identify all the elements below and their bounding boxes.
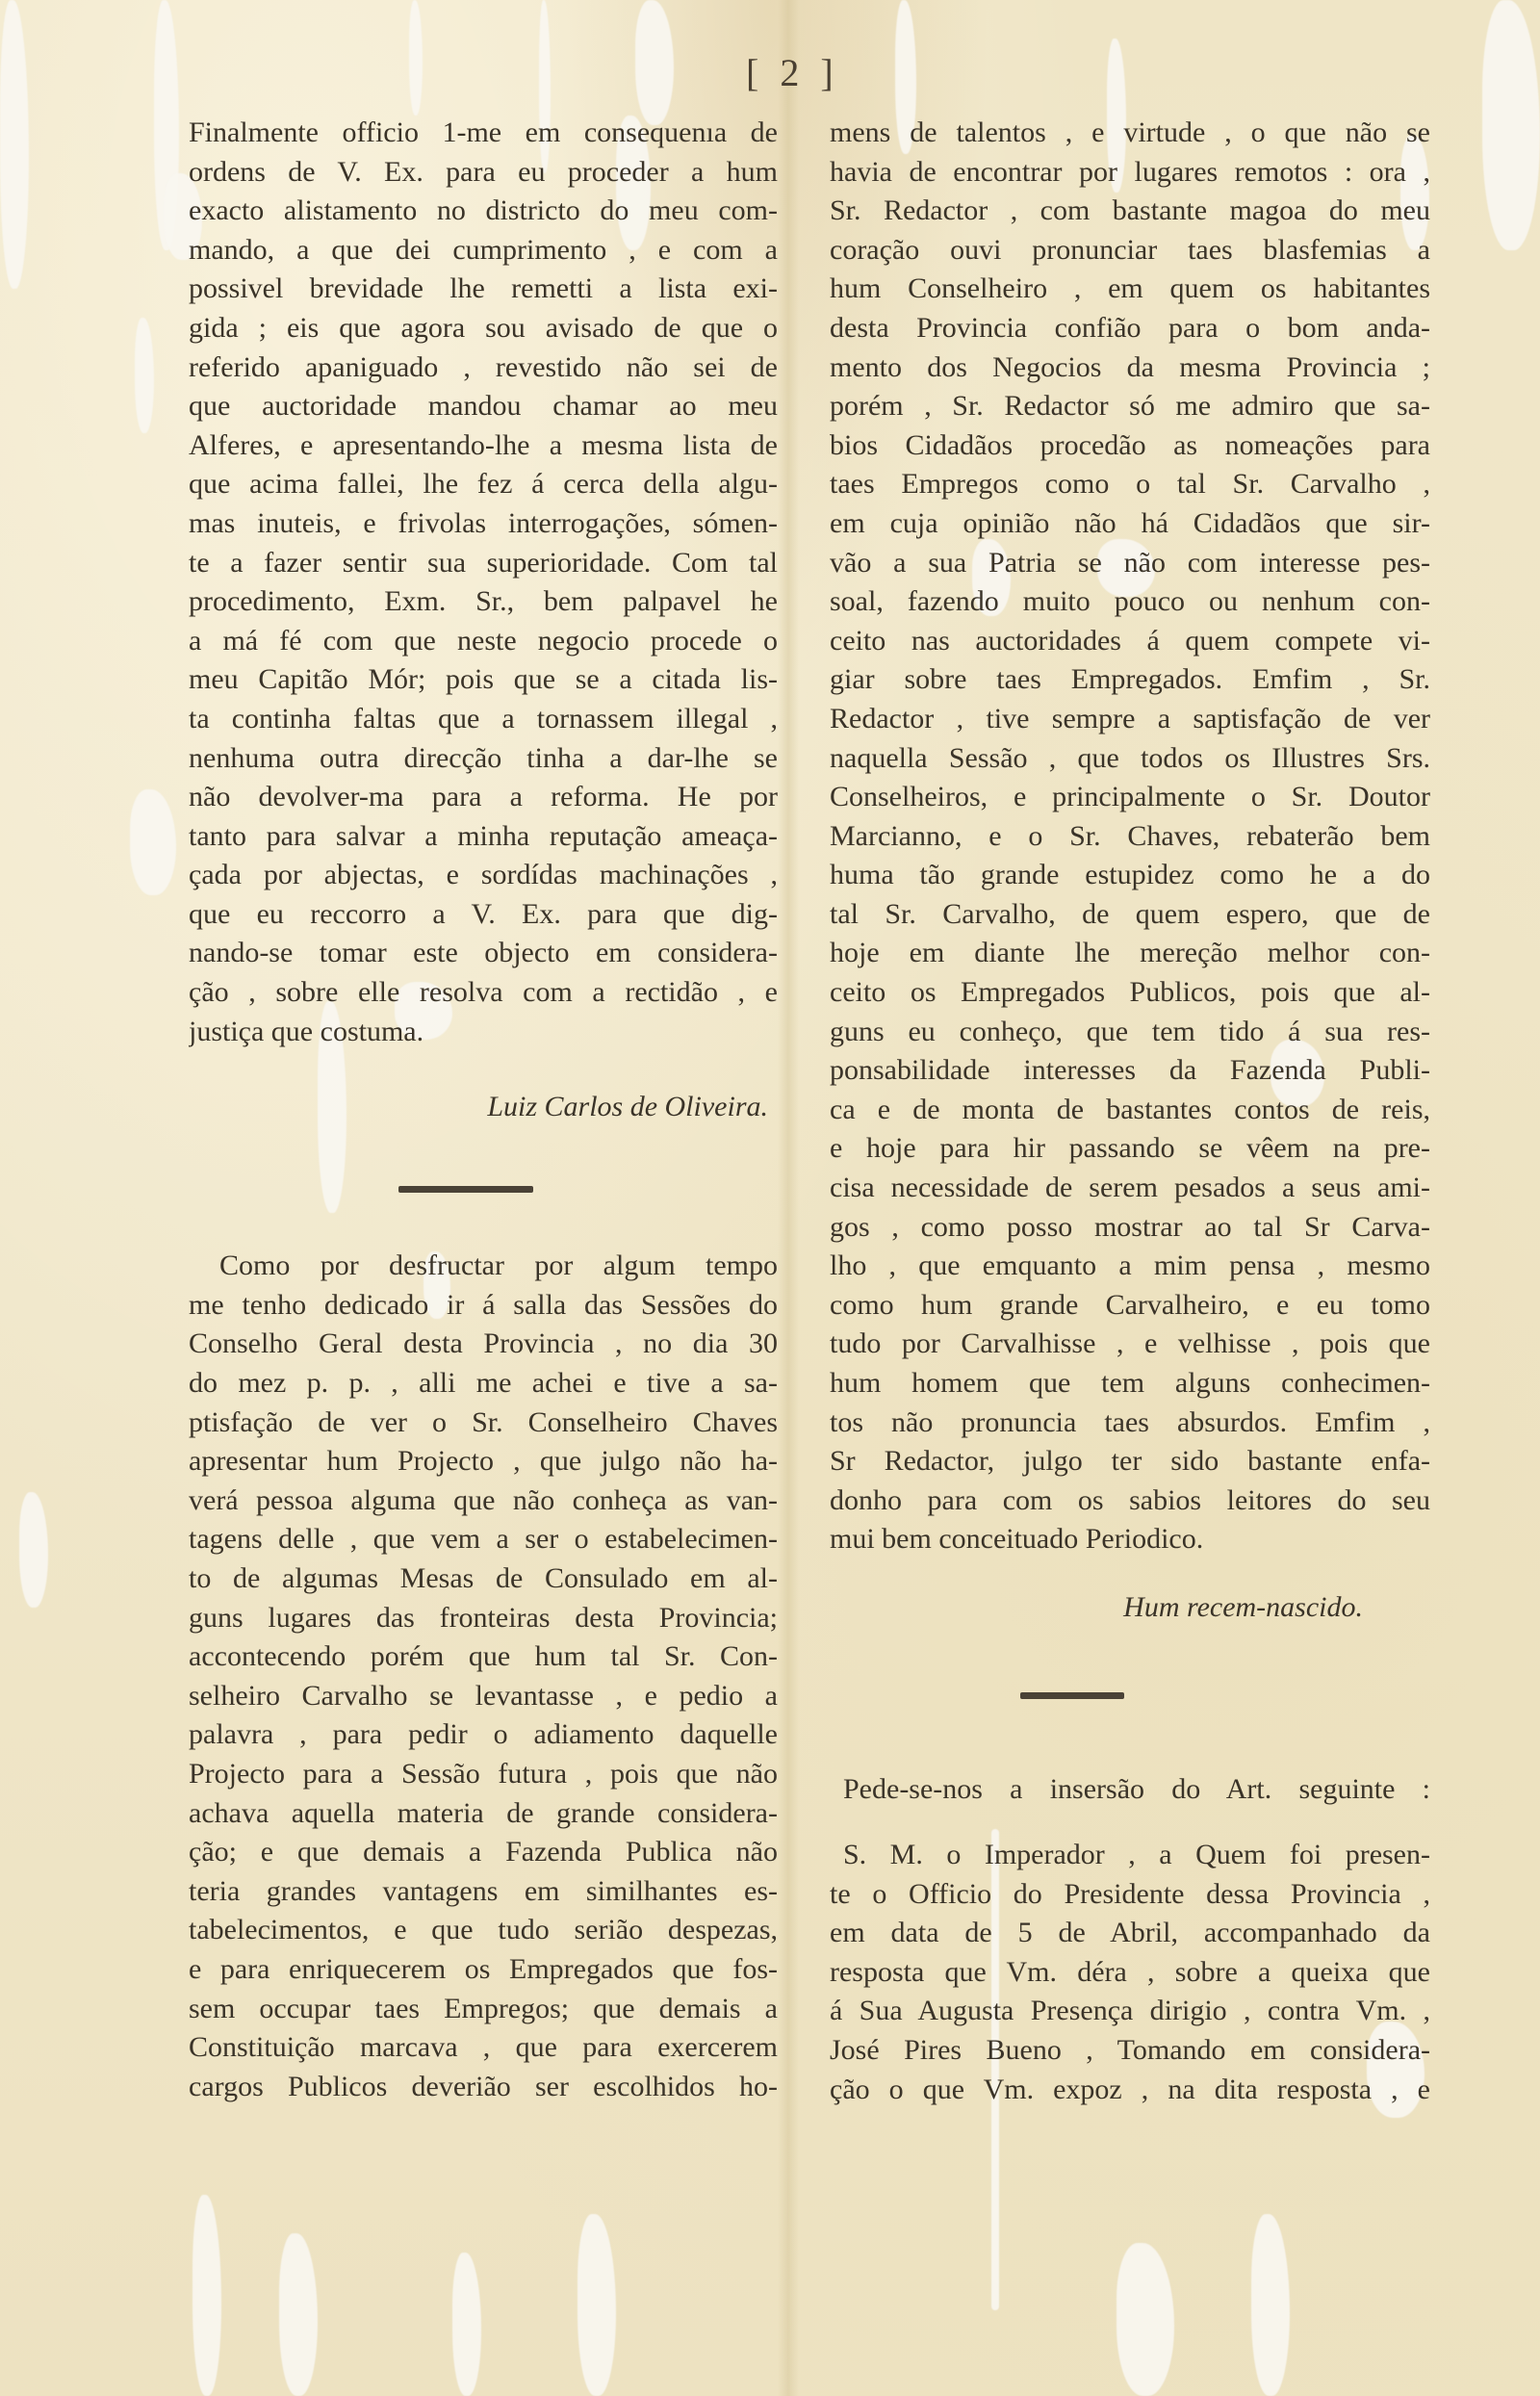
text-line: palavra , para pedir o adiamento daquell… <box>189 1715 778 1755</box>
text-line: teria grandes vantagens em similhantes e… <box>189 1872 778 1912</box>
letter-1-body: Finalmente officio 1-me em consequenıa d… <box>189 114 778 1051</box>
text-line: e para enriquecerem os Empregados que fo… <box>189 1950 778 1990</box>
page-number: [ 2 ] <box>746 50 839 95</box>
text-line: desta Provincia confião para o bom anda- <box>830 309 1430 348</box>
text-line: em cuja opinião não há Cidadãos que sir- <box>830 504 1430 544</box>
text-line: Marcianno, e o Sr. Chaves, rebaterão bem <box>830 817 1430 857</box>
text-line: hum homem que tem alguns conhecimen- <box>830 1364 1430 1404</box>
text-line: mento dos Negocios da mesma Provincia ; <box>830 348 1430 388</box>
text-line: que auctoridade mandou chamar ao meu <box>189 387 778 426</box>
text-line: guns eu conheço, que tem tido á sua res- <box>830 1013 1430 1052</box>
text-line: te a fazer sentir sua superioridade. Com… <box>189 544 778 583</box>
section-divider <box>1020 1692 1124 1699</box>
text-line: meu Capitão Mór; pois que se a citada li… <box>189 660 778 700</box>
text-line: Sr. Redactor , com bastante magoa do meu <box>830 192 1430 231</box>
text-line: Sr Redactor, julgo ter sido bastante enf… <box>830 1442 1430 1481</box>
text-line: cargos Publicos deverião ser escolhidos … <box>189 2068 778 2107</box>
notice-lead: Pede-se-nos a insersão do Art. seguinte … <box>830 1770 1430 1809</box>
text-line: a má fé com que neste negocio procede o <box>189 622 778 661</box>
text-line: tanto para salvar a minha reputação amea… <box>189 817 778 857</box>
text-line: huma tão grande estupidez como he a do <box>830 856 1430 895</box>
text-line: ordens de V. Ex. para eu proceder a hum <box>189 153 778 193</box>
text-line: Redactor , tive sempre a saptisfação de … <box>830 700 1430 739</box>
text-line: em data de 5 de Abril, accompanhado da <box>830 1914 1430 1953</box>
text-line: tabelecimentos, e que tudo serião despez… <box>189 1911 778 1950</box>
text-line: José Pires Bueno , Tomando em considera- <box>830 2031 1430 2071</box>
text-line: Alferes, e apresentando-lhe a mesma list… <box>189 426 778 466</box>
text-line: ceito nas auctoridades á quem compete vi… <box>830 622 1430 661</box>
text-line: ta continha faltas que a tornassem illeg… <box>189 700 778 739</box>
text-line: soal, fazendo muito pouco ou nenhum con- <box>830 582 1430 622</box>
text-line: te o Officio do Presidente dessa Provinc… <box>830 1875 1430 1915</box>
text-line: Conselheiros, e principalmente o Sr. Dou… <box>830 778 1430 817</box>
text-line: Constituição marcava , que para exercere… <box>189 2028 778 2068</box>
text-line: to de algumas Mesas de Consulado em al- <box>189 1559 778 1599</box>
text-line: çada por abjectas, e sordídas machinaçõe… <box>189 856 778 895</box>
text-line: gos , como posso mostrar ao tal Sr Carva… <box>830 1208 1430 1248</box>
signature-luiz-carlos: Luiz Carlos de Oliveira. <box>189 1088 778 1126</box>
text-line: guns lugares das fronteiras desta Provin… <box>189 1599 778 1638</box>
letter-2-body: Como por desfructar por algum tempo me t… <box>189 1247 778 2106</box>
text-line: selheiro Carvalho se levantasse , e pedi… <box>189 1677 778 1716</box>
text-line: verá pessoa alguma que não conheça as va… <box>189 1481 778 1521</box>
text-line: apresentar hum Projecto , que julgo não … <box>189 1442 778 1481</box>
right-column: mens de talentos , e virtude , o que não… <box>830 114 1430 2109</box>
text-line: mando, a que dei cumprimento , e com a <box>189 231 778 271</box>
text-line: como hum grande Carvalheiro, e eu tomo <box>830 1286 1430 1326</box>
text-line: do mez p. p. , alli me achei e tive a sa… <box>189 1364 778 1404</box>
text-line: que eu reccorro a V. Ex. para que dig- <box>189 895 778 935</box>
text-line: referido apaniguado , revestido não sei … <box>189 348 778 388</box>
text-line: achava aquella materia de grande conside… <box>189 1794 778 1834</box>
notice-body: S. M. o Imperador , a Quem foi presen- t… <box>830 1836 1430 2109</box>
text-line: tal Sr. Carvalho, de quem espero, que de <box>830 895 1430 935</box>
text-line: Finalmente officio 1-me em consequenıa d… <box>189 114 778 153</box>
text-line: á Sua Augusta Presença dirigio , contra … <box>830 1992 1430 2031</box>
text-line: possivel brevidade lhe remetti a lista e… <box>189 270 778 309</box>
text-line: Conselho Geral desta Provincia , no dia … <box>189 1325 778 1364</box>
text-line: ção o que Vm. expoz , na dita resposta ,… <box>830 2071 1430 2110</box>
text-line: que acima fallei, lhe fez á cerca della … <box>189 465 778 504</box>
text-line: tos não pronuncia taes absurdos. Emfim , <box>830 1404 1430 1443</box>
text-line: Projecto para a Sessão futura , pois que… <box>189 1755 778 1794</box>
text-line: taes Empregos como o tal Sr. Carvalho , <box>830 465 1430 504</box>
text-line: S. M. o Imperador , a Quem foi presen- <box>830 1836 1430 1875</box>
text-line: Como por desfructar por algum tempo <box>189 1247 778 1286</box>
text-line: coração ouvi pronunciar taes blasfemias … <box>830 231 1430 271</box>
text-line: bios Cidadãos procedão as nomeações para <box>830 426 1430 466</box>
text-line: ção; e que demais a Fazenda Publica não <box>189 1833 778 1872</box>
text-line: lho , que emquanto a mim pensa , mesmo <box>830 1247 1430 1286</box>
text-line: ceito os Empregados Publicos, pois que a… <box>830 973 1430 1013</box>
text-line: accontecendo porém que hum tal Sr. Con- <box>189 1637 778 1677</box>
text-line: giar sobre taes Empregados. Emfim , Sr. <box>830 660 1430 700</box>
signature-hum-recem-nascido: Hum recem-nascido. <box>830 1588 1430 1627</box>
text-line: mui bem conceituado Periodico. <box>830 1520 1430 1559</box>
text-line: tagens delle , que vem a ser o estabelec… <box>189 1520 778 1559</box>
text-line: vão a sua Patria se não com interesse pe… <box>830 544 1430 583</box>
text-line: nando-se tomar este objecto em considera… <box>189 934 778 973</box>
text-line: procedimento, Exm. Sr., bem palpavel he <box>189 582 778 622</box>
text-line: gida ; eis que agora sou avisado de que … <box>189 309 778 348</box>
text-line: ponsabilidade interesses da Fazenda Publ… <box>830 1051 1430 1091</box>
text-line: hum Conselheiro , em quem os habitantes <box>830 270 1430 309</box>
text-line: nenhuma outra direcção tinha a dar-lhe s… <box>189 739 778 779</box>
text-line: naquella Sessão , que todos os Illustres… <box>830 739 1430 779</box>
text-line: resposta que Vm. déra , sobre a queixa q… <box>830 1953 1430 1993</box>
text-line: donho para com os sabios leitores do seu <box>830 1481 1430 1521</box>
text-line: havia de encontrar por lugares remotos :… <box>830 153 1430 193</box>
text-line: sem occupar taes Empregos; que demais a <box>189 1990 778 2029</box>
text-line: mens de talentos , e virtude , o que não… <box>830 114 1430 153</box>
text-line: cisa necessidade de serem pesados a seus… <box>830 1169 1430 1208</box>
text-line: mas inuteis, e frivolas interrogações, s… <box>189 504 778 544</box>
text-line: justiça que costuma. <box>189 1013 778 1052</box>
text-line: tudo por Carvalhisse , e velhisse , pois… <box>830 1325 1430 1364</box>
text-line: exacto alistamento no districto do meu c… <box>189 192 778 231</box>
text-line: hoje em diante lhe mereção melhor con- <box>830 934 1430 973</box>
left-column: Finalmente officio 1-me em consequenıa d… <box>189 114 778 2106</box>
text-line: não devolver-ma para a reforma. He por <box>189 778 778 817</box>
text-line: me tenho dedicado ir á salla das Sessões… <box>189 1286 778 1326</box>
text-line: ptisfação de ver o Sr. Conselheiro Chave… <box>189 1404 778 1443</box>
section-divider <box>398 1186 533 1193</box>
text-line: porém , Sr. Redactor só me admiro que sa… <box>830 387 1430 426</box>
page-fold-crease <box>778 0 799 2396</box>
text-line: e hoje para hir passando se vêem na pre- <box>830 1129 1430 1169</box>
letter-2-continued-body: mens de talentos , e virtude , o que não… <box>830 114 1430 1559</box>
text-line: ca e de monta de bastantes contos de rei… <box>830 1091 1430 1130</box>
text-line: ção , sobre elle resolva com a rectidão … <box>189 973 778 1013</box>
